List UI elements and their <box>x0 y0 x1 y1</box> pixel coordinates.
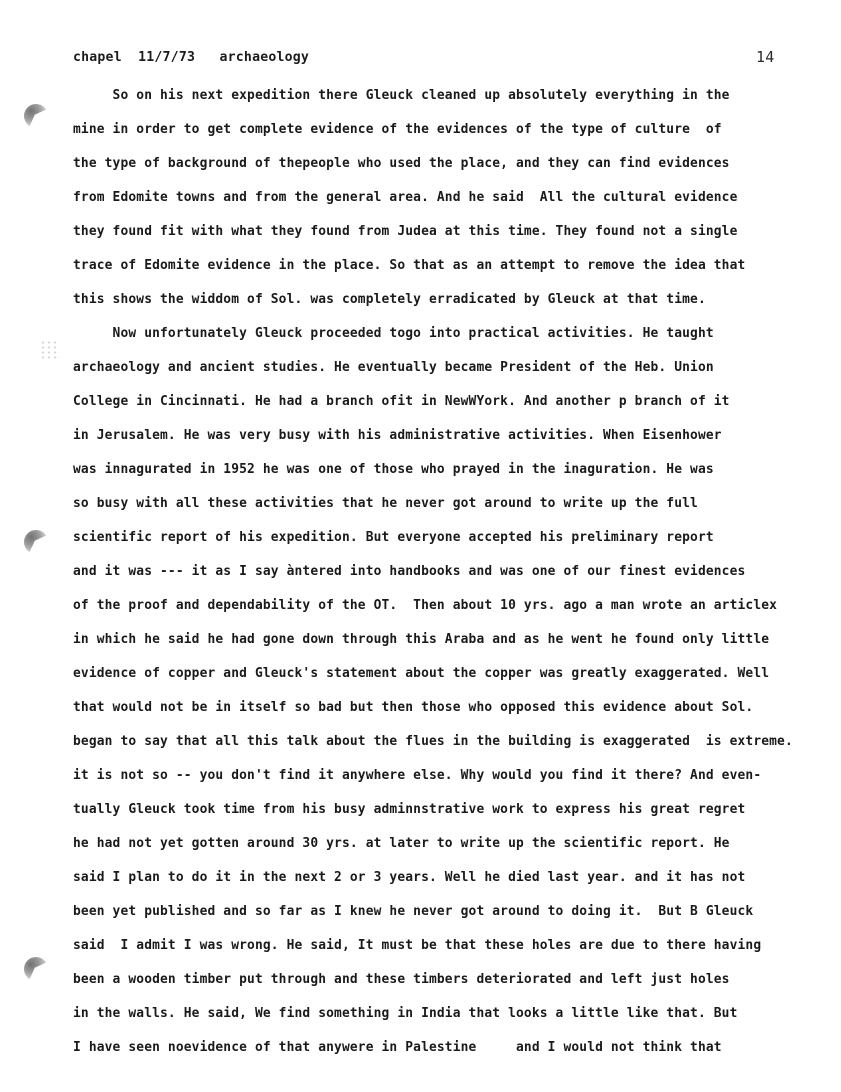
text-line: I have seen noevidence of that anywere i… <box>73 1037 833 1071</box>
header-title: chapel 11/7/73 archaeology <box>73 50 309 65</box>
text-line: in which he said he had gone down throug… <box>73 629 833 663</box>
typed-body: So on his next expedition there Gleuck c… <box>73 85 833 1071</box>
text-line: began to say that all this talk about th… <box>73 731 833 765</box>
punch-hole-bottom <box>24 957 48 981</box>
text-line: it is not so -- you don't find it anywhe… <box>73 765 833 799</box>
text-line: said I admit I was wrong. He said, It mu… <box>73 935 833 969</box>
scanned-page: chapel 11/7/73 archaeology 14 So on his … <box>0 0 841 1092</box>
punch-hole-middle <box>24 530 48 554</box>
text-line: in Jerusalem. He was very busy with his … <box>73 425 833 459</box>
text-line: evidence of copper and Gleuck's statemen… <box>73 663 833 697</box>
text-line: tually Gleuck took time from his busy ad… <box>73 799 833 833</box>
text-line: trace of Edomite evidence in the place. … <box>73 255 833 289</box>
page-number: 14 <box>756 48 774 66</box>
text-line: archaeology and ancient studies. He even… <box>73 357 833 391</box>
text-line: scientific report of his expedition. But… <box>73 527 833 561</box>
text-line: that would not be in itself so bad but t… <box>73 697 833 731</box>
text-line: and it was --- it as I say àntered into … <box>73 561 833 595</box>
text-line: been a wooden timber put through and the… <box>73 969 833 1003</box>
page-header: chapel 11/7/73 archaeology 14 <box>73 50 783 72</box>
text-line: this shows the widdom of Sol. was comple… <box>73 289 833 323</box>
text-line: been yet published and so far as I knew … <box>73 901 833 935</box>
text-line: Now unfortunately Gleuck proceeded togo … <box>73 323 833 357</box>
text-line: mine in order to get complete evidence o… <box>73 119 833 153</box>
text-line: so busy with all these activities that h… <box>73 493 833 527</box>
text-line: So on his next expedition there Gleuck c… <box>73 85 833 119</box>
text-line: they found fit with what they found from… <box>73 221 833 255</box>
text-line: from Edomite towns and from the general … <box>73 187 833 221</box>
text-line: the type of background of thepeople who … <box>73 153 833 187</box>
text-line: he had not yet gotten around 30 yrs. at … <box>73 833 833 867</box>
scan-speck <box>40 340 60 360</box>
text-line: College in Cincinnati. He had a branch o… <box>73 391 833 425</box>
text-line: said I plan to do it in the next 2 or 3 … <box>73 867 833 901</box>
punch-hole-top <box>24 104 48 128</box>
text-line: in the walls. He said, We find something… <box>73 1003 833 1037</box>
text-line: was innagurated in 1952 he was one of th… <box>73 459 833 493</box>
text-line: of the proof and dependability of the OT… <box>73 595 833 629</box>
